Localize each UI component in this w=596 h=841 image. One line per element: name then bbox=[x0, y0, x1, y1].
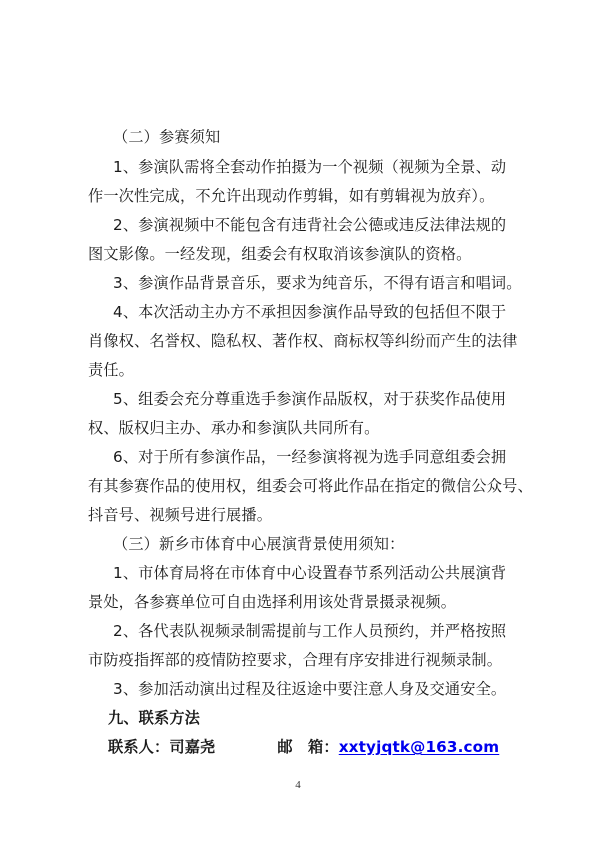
section-heading-competition-notice: （二）参赛须知 bbox=[113, 123, 524, 151]
notice-item-1-line-1: 1、参演队需将全套动作拍摄为一个视频（视频为全景、动 bbox=[113, 153, 524, 181]
notice-item-6-line-1: 6、对于所有参演作品，一经参演将视为选手同意组委会拥 bbox=[113, 443, 524, 471]
venue-item-3-line-1: 3、参加活动演出过程及往返途中要注意人身及交通安全。 bbox=[113, 675, 524, 703]
email-label: 邮 箱： bbox=[277, 733, 338, 761]
section-heading-venue-notice: （三）新乡市体育中心展演背景使用须知： bbox=[113, 530, 524, 558]
notice-item-1-line-2: 作一次性完成，不允许出现动作剪辑，如有剪辑视为放弃）。 bbox=[88, 182, 524, 210]
contact-person-name: 司嘉尧 bbox=[169, 733, 215, 761]
contact-person-label: 联系人： bbox=[108, 733, 169, 761]
notice-item-3-line-1: 3、参演作品背景音乐，要求为纯音乐，不得有语言和唱词。 bbox=[113, 269, 524, 297]
venue-item-2-line-2: 市防疫指挥部的疫情防控要求，合理有序安排进行视频录制。 bbox=[88, 646, 524, 674]
notice-item-5-line-2: 权、版权归主办、承办和参演队共同所有。 bbox=[88, 414, 524, 442]
notice-item-2-line-1: 2、参演视频中不能包含有违背社会公德或违反法律法规的 bbox=[113, 211, 524, 239]
venue-item-1-line-1: 1、市体育局将在市体育中心设置春节系列活动公共展演背 bbox=[113, 559, 524, 587]
notice-item-2-line-2: 图文影像。一经发现，组委会有权取消该参演队的资格。 bbox=[88, 240, 524, 268]
document-page: （二）参赛须知 1、参演队需将全套动作拍摄为一个视频（视频为全景、动 作一次性完… bbox=[0, 0, 596, 841]
venue-item-2-line-1: 2、各代表队视频录制需提前与工作人员预约，并严格按照 bbox=[113, 617, 524, 645]
notice-item-5-line-1: 5、组委会充分尊重选手参演作品版权，对于获奖作品使用 bbox=[113, 385, 524, 413]
notice-item-6-line-2: 有其参赛作品的使用权，组委会可将此作品在指定的微信公众号、 bbox=[88, 472, 524, 500]
section-heading-contact: 九、联系方法 bbox=[108, 704, 544, 732]
notice-item-6-line-3: 抖音号、视频号进行展播。 bbox=[88, 501, 524, 529]
notice-item-4-line-2: 肖像权、名誉权、隐私权、著作权、商标权等纠纷而产生的法律 bbox=[88, 327, 524, 355]
notice-item-4-line-3: 责任。 bbox=[88, 356, 524, 384]
contact-line: 联系人：司嘉尧邮 箱：xxtyjqtk@163.com bbox=[108, 733, 544, 761]
notice-item-4-line-1: 4、本次活动主办方不承担因参演作品导致的包括但不限于 bbox=[113, 298, 524, 326]
page-number: 4 bbox=[0, 779, 596, 791]
email-link[interactable]: xxtyjqtk@163.com bbox=[339, 738, 500, 756]
venue-item-1-line-2: 景处，各参赛单位可自由选择利用该处背景摄录视频。 bbox=[88, 588, 524, 616]
